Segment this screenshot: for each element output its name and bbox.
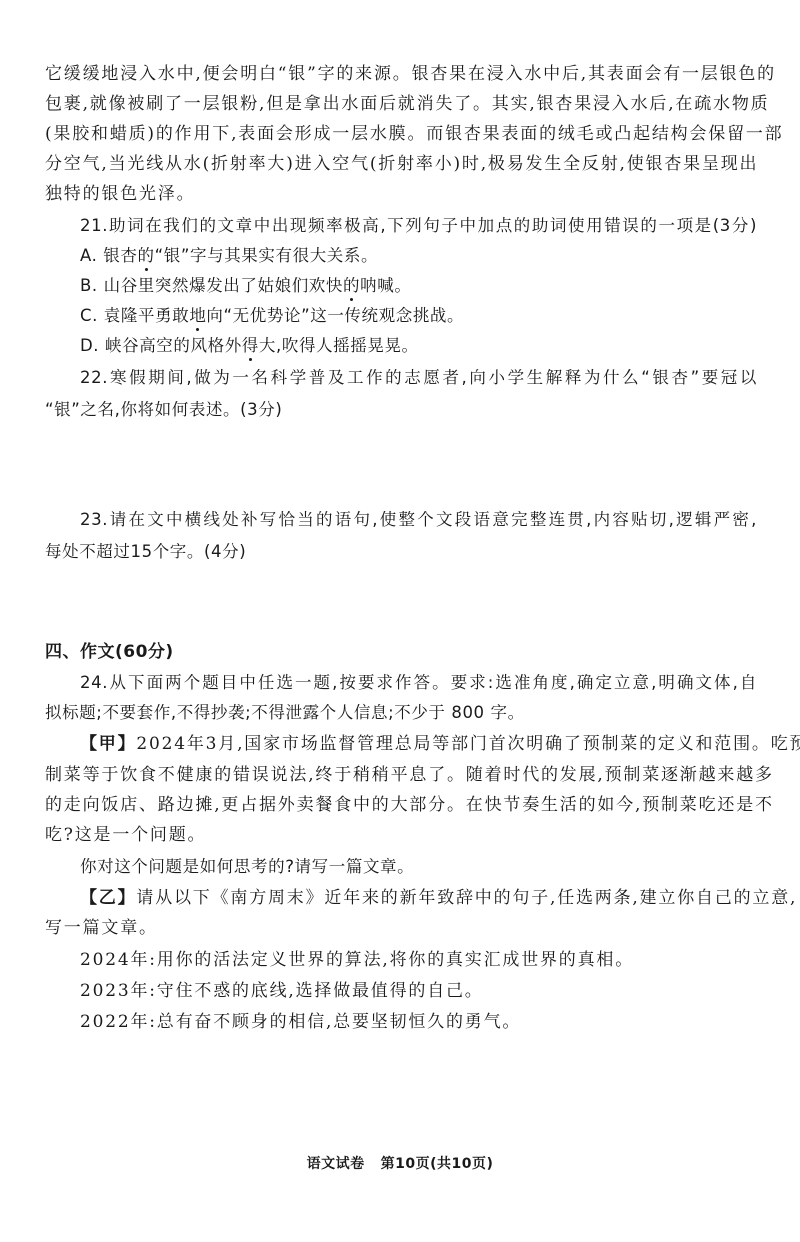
option-text: B. 山谷里突然爆发出了姑娘们欢快 (80, 276, 343, 295)
new-year-quote: 2022年:总有奋不顾身的相信,总要坚韧恒久的勇气。 (80, 1010, 757, 1034)
prompt-jia-question: 你对这个问题是如何思考的?请写一篇文章。 (80, 855, 757, 879)
option-text: D. 峡谷高空的风格外 (80, 336, 242, 355)
option-text: “银”字与其果实有很大关系。 (155, 246, 379, 265)
emphasis-dot-char: 的 (343, 276, 360, 295)
option-text: C. 袁隆平勇敢 (80, 306, 189, 325)
prompt-jia-line: 制菜等于饮食不健康的错误说法,终于稍稍平息了。随着时代的发展,预制菜逐渐越来越多 (45, 763, 757, 787)
footer-page-number: 第10页(共10页) (381, 1156, 494, 1172)
passage-line: 它缓缓地浸入水中,便会明白“银”字的来源。银杏果在浸入水中后,其表面会有一层银色… (45, 62, 757, 86)
prompt-text: 请从以下《南方周末》近年来的新年致辞中的句子,任选两条,建立你自己的立意, (136, 888, 797, 908)
page-footer: 语文试卷第10页(共10页) (0, 1153, 800, 1173)
prompt-jia-line: 【甲】2024年3月,国家市场监督管理总局等部门首次明确了预制菜的定义和范围。吃… (80, 732, 757, 756)
passage-line: 独特的银色光泽。 (45, 182, 757, 206)
emphasis-dot-char: 地 (189, 306, 206, 325)
question-21-option-b: B. 山谷里突然爆发出了姑娘们欢快的呐喊。 (80, 274, 757, 298)
new-year-quote: 2024年:用你的活法定义世界的算法,将你的真实汇成世界的真相。 (80, 948, 757, 972)
question-22-line: 22.寒假期间,做为一名科学普及工作的志愿者,向小学生解释为什么“银杏”要冠以 (80, 366, 757, 390)
question-21-option-c: C. 袁隆平勇敢地向“无优势论”这一传统观念挑战。 (80, 304, 757, 328)
question-21-option-a: A. 银杏的“银”字与其果实有很大关系。 (80, 244, 757, 268)
prompt-jia-line: 吃?这是一个问题。 (45, 823, 757, 847)
question-24-line: 24.从下面两个题目中任选一题,按要求作答。要求:选准角度,确定立意,明确文体,… (80, 671, 757, 695)
question-23-line: 每处不超过15个字。(4分) (45, 540, 757, 564)
prompt-yi-line: 写一篇文章。 (45, 916, 757, 940)
prompt-yi-line: 【乙】请从以下《南方周末》近年来的新年致辞中的句子,任选两条,建立你自己的立意, (80, 886, 757, 910)
passage-line: 分空气,当光线从水(折射率大)进入空气(折射率小)时,极易发生全反射,使银杏果呈… (45, 152, 757, 176)
footer-subject: 语文试卷 (307, 1156, 365, 1172)
exam-page: 它缓缓地浸入水中,便会明白“银”字的来源。银杏果在浸入水中后,其表面会有一层银色… (0, 0, 800, 1242)
question-24-line: 拟标题;不要套作,不得抄袭;不得泄露个人信息;不少于 800 字。 (45, 701, 757, 725)
new-year-quote: 2023年:守住不惑的底线,选择做最值得的自己。 (80, 979, 757, 1003)
prompt-jia-label: 【甲】 (80, 734, 136, 754)
section-heading: 四、作文(60分) (45, 640, 757, 664)
emphasis-dot-char: 得 (242, 336, 259, 355)
option-text: A. 银杏 (80, 246, 138, 265)
option-text: 呐喊。 (360, 276, 411, 295)
question-21-option-d: D. 峡谷高空的风格外得大,吹得人摇摇晃晃。 (80, 334, 757, 358)
question-21-stem: 21.助词在我们的文章中出现频率极高,下列句子中加点的助词使用错误的一项是(3分… (80, 214, 757, 238)
prompt-jia-line: 的走向饭店、路边摊,更占据外卖餐食中的大部分。在快节奏生活的如今,预制菜吃还是不 (45, 793, 757, 817)
prompt-text: 2024年3月,国家市场监督管理总局等部门首次明确了预制菜的定义和范围。吃预 (136, 734, 800, 754)
passage-line: (果胶和蜡质)的作用下,表面会形成一层水膜。而银杏果表面的绒毛或凸起结构会保留一… (45, 122, 757, 146)
question-22-line: “银”之名,你将如何表述。(3分) (45, 398, 757, 422)
passage-line: 包裹,就像被刷了一层银粉,但是拿出水面后就消失了。其实,银杏果浸入水后,在疏水物… (45, 92, 757, 116)
option-text: 向“无优势论”这一传统观念挑战。 (206, 306, 464, 325)
option-text: 大,吹得人摇摇晃晃。 (259, 336, 419, 355)
emphasis-dot-char: 的 (138, 246, 155, 265)
prompt-yi-label: 【乙】 (80, 888, 136, 908)
question-23-line: 23.请在文中横线处补写恰当的语句,使整个文段语意完整连贯,内容贴切,逻辑严密, (80, 508, 757, 532)
